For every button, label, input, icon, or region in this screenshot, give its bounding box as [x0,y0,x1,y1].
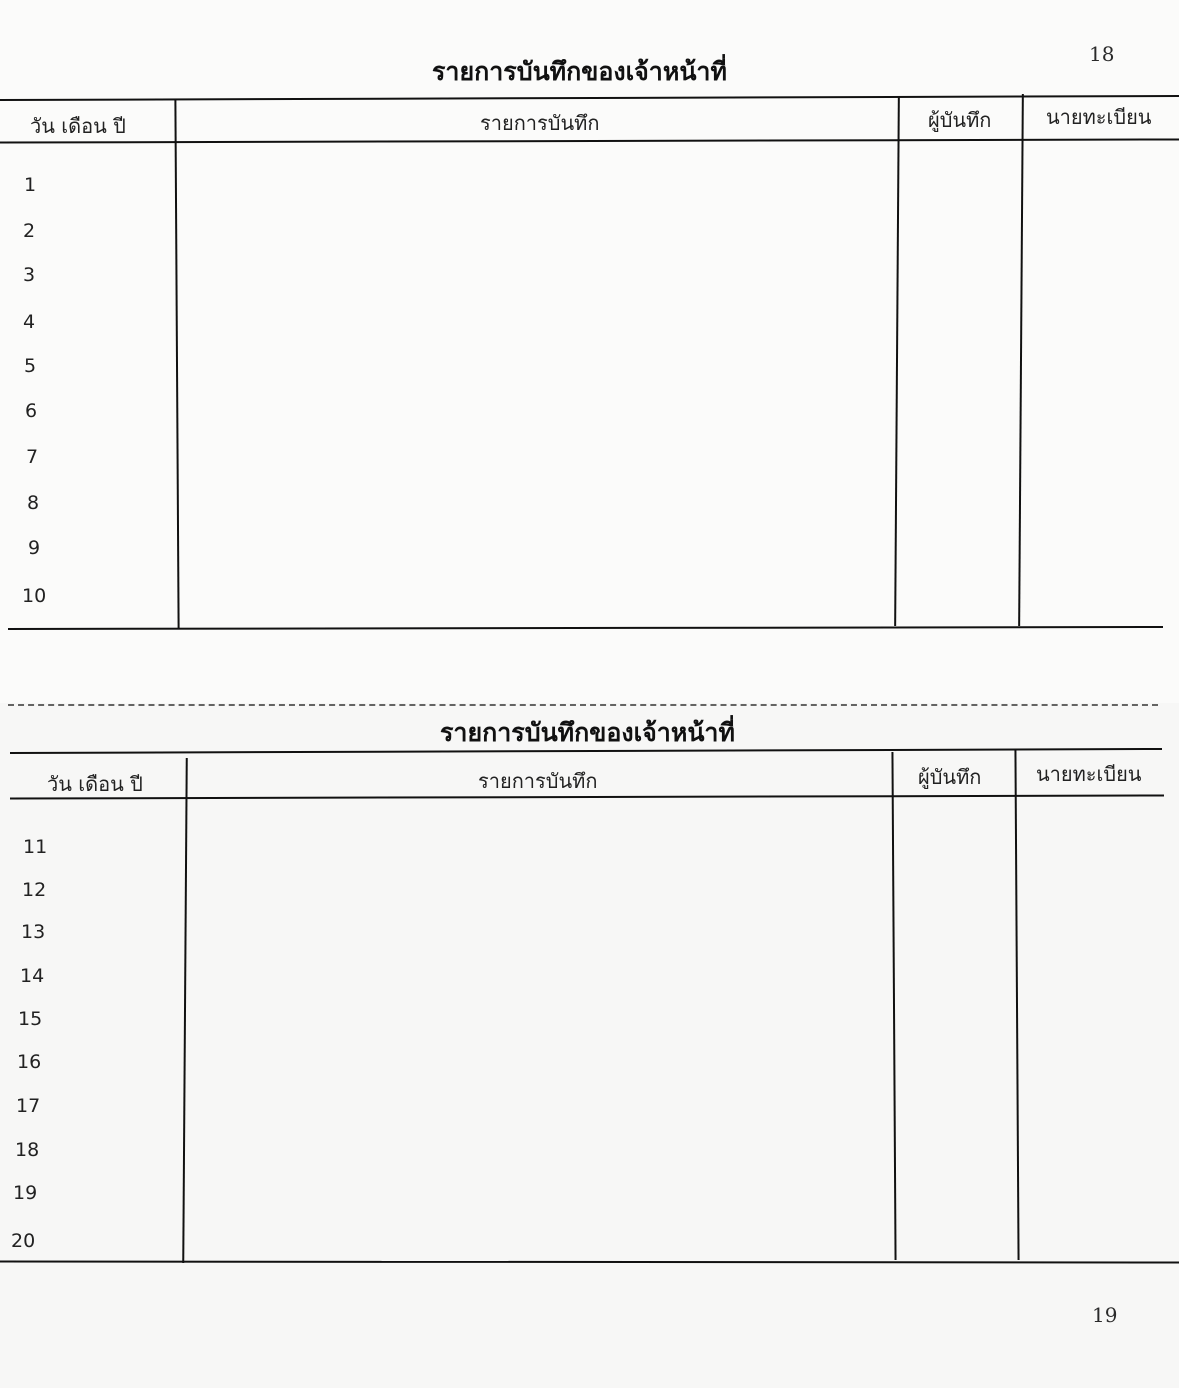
registrar-cell[interactable] [1018,1129,1164,1171]
entry-cell[interactable] [186,1172,893,1214]
registrar-cell[interactable] [1018,1172,1164,1214]
page-number: 18 [1089,42,1114,66]
entry-cell[interactable] [186,826,893,868]
registrar-cell[interactable] [1018,1041,1164,1083]
recorder-cell[interactable] [895,955,1016,997]
recorder-cell[interactable] [898,390,1020,432]
row-number: 18 [15,1139,39,1161]
column-header-date: วัน เดือน ปี [47,768,143,800]
column-header-recorder: ผู้บันทึก [928,104,991,136]
registrar-cell[interactable] [1022,345,1162,387]
entry-cell[interactable] [186,1041,893,1083]
registrar-cell[interactable] [1022,210,1162,252]
entry-cell[interactable] [178,210,896,252]
entry-cell[interactable] [178,436,896,478]
entry-cell[interactable] [178,164,896,206]
registrar-cell[interactable] [1018,1220,1164,1262]
registrar-cell[interactable] [1018,869,1164,911]
row-number: 5 [24,355,36,377]
registrar-cell[interactable] [1018,955,1164,997]
recorder-cell[interactable] [898,575,1020,617]
page-number: 19 [1092,1303,1117,1327]
recorder-cell[interactable] [895,1085,1016,1127]
row-number: 9 [28,537,40,559]
registrar-cell[interactable] [1022,390,1162,432]
registrar-cell[interactable] [1022,527,1162,569]
recorder-cell[interactable] [898,210,1020,252]
row-number: 12 [22,879,46,901]
registrar-cell[interactable] [1022,482,1162,524]
row-number: 7 [26,446,38,468]
table-bottom-border [8,626,1163,630]
column-header-registrar: นายทะเบียน [1036,758,1141,790]
row-number: 11 [23,836,47,858]
row-number: 1 [24,174,36,196]
column-header-entry: รายการบันทึก [480,107,599,139]
recorder-cell[interactable] [895,911,1016,953]
row-number: 13 [21,921,45,943]
entry-cell[interactable] [186,869,893,911]
entry-cell[interactable] [178,301,896,343]
entry-cell[interactable] [178,254,896,296]
table-top-border [0,95,1179,101]
entry-cell[interactable] [178,345,896,387]
recorder-cell[interactable] [898,301,1020,343]
row-number: 10 [22,585,46,607]
recorder-cell[interactable] [895,869,1016,911]
row-number: 2 [23,220,35,242]
entry-cell[interactable] [186,911,893,953]
registrar-cell[interactable] [1022,436,1162,478]
registrar-cell[interactable] [1022,164,1162,206]
column-header-recorder: ผู้บันทึก [918,761,981,793]
entry-cell[interactable] [186,1220,893,1262]
registrar-cell[interactable] [1022,254,1162,296]
row-number: 19 [13,1182,37,1204]
row-number: 6 [25,400,37,422]
entry-cell[interactable] [178,482,896,524]
row-number: 20 [11,1230,35,1252]
recorder-cell[interactable] [895,1129,1016,1171]
registrar-cell[interactable] [1018,826,1164,868]
recorder-cell[interactable] [895,1041,1016,1083]
row-number: 15 [18,1008,42,1030]
entry-cell[interactable] [186,1129,893,1171]
entry-cell[interactable] [186,955,893,997]
entry-cell[interactable] [186,998,893,1040]
recorder-cell[interactable] [898,254,1020,296]
row-number: 4 [23,311,35,333]
recorder-cell[interactable] [895,826,1016,868]
column-header-date: วัน เดือน ปี [30,110,126,142]
row-number: 3 [23,264,35,286]
registrar-cell[interactable] [1022,301,1162,343]
entry-cell[interactable] [178,575,896,617]
recorder-cell[interactable] [898,436,1020,478]
recorder-cell[interactable] [898,527,1020,569]
row-number: 17 [16,1095,40,1117]
column-header-entry: รายการบันทึก [478,765,597,797]
registrar-cell[interactable] [1022,575,1162,617]
page-title: รายการบันทึกของเจ้าหน้าที่ [432,52,727,92]
entry-cell[interactable] [186,1085,893,1127]
recorder-cell[interactable] [898,345,1020,387]
page-title: รายการบันทึกของเจ้าหน้าที่ [440,713,735,753]
column-header-registrar: นายทะเบียน [1046,101,1151,133]
recorder-cell[interactable] [895,998,1016,1040]
recorder-cell[interactable] [898,164,1020,206]
registrar-cell[interactable] [1018,998,1164,1040]
entry-cell[interactable] [178,390,896,432]
row-number: 14 [20,965,44,987]
row-number: 16 [17,1051,41,1073]
registrar-cell[interactable] [1018,1085,1164,1127]
row-number: 8 [27,492,39,514]
header-bottom-border [0,138,1179,143]
recorder-cell[interactable] [895,1172,1016,1214]
recorder-cell[interactable] [895,1220,1016,1262]
registrar-cell[interactable] [1018,911,1164,953]
entry-cell[interactable] [178,527,896,569]
recorder-cell[interactable] [898,482,1020,524]
serial-number-fragment: ​ [818,696,1008,710]
